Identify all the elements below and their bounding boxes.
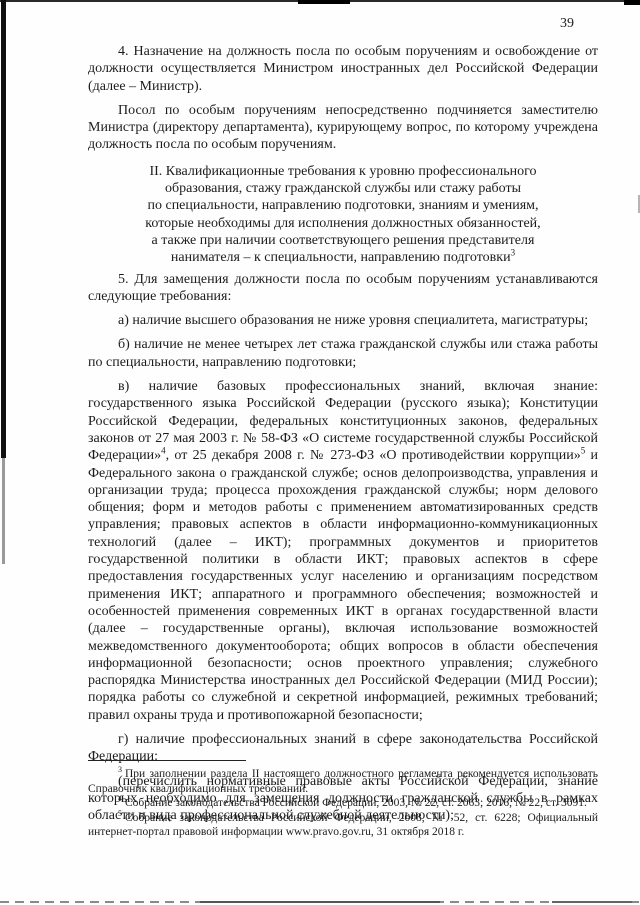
section-heading: II. Квалификационные требования к уровню… <box>88 163 598 267</box>
section-heading-line: а также при наличии соответствующего реш… <box>88 232 598 249</box>
section-heading-line: по специальности, направлению подготовки… <box>88 197 598 214</box>
scan-edge-top-segment <box>624 0 640 5</box>
document-page: 39 4. Назначение на должность посла по о… <box>0 0 640 905</box>
footnote-reference-3: 3 <box>511 248 516 258</box>
footnote-marker: 5 <box>118 809 122 818</box>
paragraph-requirements-intro: 5. Для замещения должности посла по особ… <box>88 271 598 306</box>
section-heading-line: которые необходимы для исполнения должно… <box>88 215 598 232</box>
document-body: 4. Назначение на должность посла по особ… <box>88 43 598 831</box>
paragraph-appointment: 4. Назначение на должность посла по особ… <box>88 43 598 95</box>
paragraph-subordination: Посол по особым поручениям непосредствен… <box>88 102 598 154</box>
scan-edge-bottom-segment <box>200 901 440 903</box>
section-heading-line: образования, стажу гражданской службы ил… <box>88 180 598 197</box>
list-item-v-text: , от 25 декабря 2008 г. № 273-ФЗ «О прот… <box>166 448 581 463</box>
footnotes-section: 3При заполнении раздела II настоящего до… <box>88 760 598 840</box>
footnote-marker: 4 <box>118 794 122 803</box>
footnote-text: При заполнении раздела II настоящего дол… <box>88 768 598 795</box>
footnote-5: 5Собрание законодательства Российской Фе… <box>88 811 598 840</box>
page-number: 39 <box>560 16 574 32</box>
list-item-v-text: и Федерального закона о гражданской служ… <box>88 448 598 722</box>
list-item-v: в) наличие базовых профессиональных знан… <box>88 378 598 724</box>
list-item-a: а) наличие высшего образования не ниже у… <box>88 312 598 329</box>
section-heading-last-line: нанимателя – к специальности, направлени… <box>171 250 511 265</box>
list-item-b: б) наличие не менее четырех лет стажа гр… <box>88 336 598 371</box>
footnote-3: 3При заполнении раздела II настоящего до… <box>88 767 598 796</box>
scan-edge-bottom-segment <box>552 901 632 903</box>
footnote-text: Собрание законодательства Российской Фед… <box>125 797 587 809</box>
footnote-separator-rule <box>88 760 246 761</box>
scan-edge-left <box>1 0 6 458</box>
footnote-4: 4Собрание законодательства Российской Фе… <box>88 796 598 811</box>
footnote-marker: 3 <box>118 765 122 774</box>
section-heading-line: нанимателя – к специальности, направлени… <box>88 249 598 266</box>
footnote-text: Собрание законодательства Российской Фед… <box>88 812 598 839</box>
scan-edge-top-segment <box>298 0 350 4</box>
scan-edge-left-fade <box>2 458 5 564</box>
section-heading-line: II. Квалификационные требования к уровню… <box>88 163 598 180</box>
